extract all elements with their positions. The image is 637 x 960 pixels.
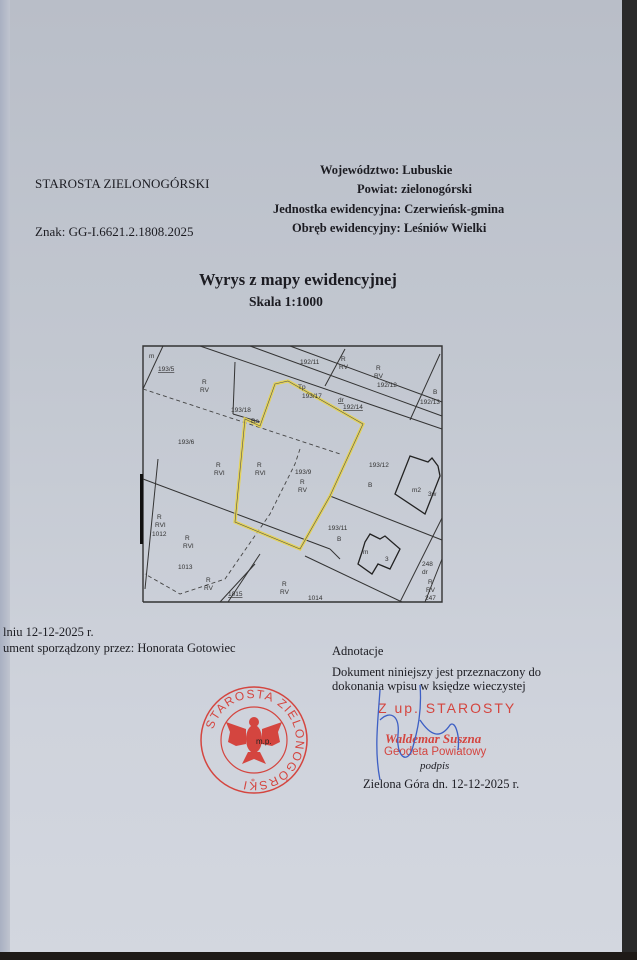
svg-text:R: R bbox=[185, 535, 190, 542]
admin-county: Powiat: zielonogórski bbox=[357, 182, 472, 197]
svg-text:RV: RV bbox=[280, 589, 290, 596]
official-stamp: STAROSTA ZIELONOGÓRSKI m.p. * bbox=[198, 684, 310, 796]
svg-text:1015: 1015 bbox=[228, 591, 243, 598]
annotation-text-line-1: Dokument niniejszy jest przeznaczony do bbox=[332, 665, 541, 680]
background-edge bbox=[622, 0, 637, 960]
svg-text:RV: RV bbox=[200, 387, 210, 394]
svg-text:R: R bbox=[216, 462, 221, 469]
svg-text:R: R bbox=[206, 577, 211, 584]
svg-text:m2: m2 bbox=[412, 487, 421, 494]
reference-number: Znak: GG-I.6621.2.1808.2025 bbox=[35, 224, 194, 240]
issuing-office: STAROSTA ZIELONOGÓRSKI bbox=[35, 176, 210, 192]
prepared-by: ument sporządzony przez: Honorata Gotowi… bbox=[3, 641, 236, 656]
admin-unit: Jednostka ewidencyjna: Czerwieńsk-gmina bbox=[273, 202, 504, 217]
page-edge bbox=[0, 0, 10, 958]
svg-text:192/11: 192/11 bbox=[300, 359, 320, 366]
svg-text:193/11: 193/11 bbox=[328, 525, 348, 532]
document-title: Wyrys z mapy ewidencyjnej bbox=[199, 270, 397, 290]
svg-text:247: 247 bbox=[425, 595, 436, 602]
svg-text:1014: 1014 bbox=[308, 595, 323, 602]
svg-text:192/12: 192/12 bbox=[377, 382, 397, 389]
svg-text:3w: 3w bbox=[428, 491, 437, 498]
svg-text:*: * bbox=[251, 777, 255, 786]
annotations-label: Adnotacje bbox=[332, 644, 383, 659]
svg-text:R: R bbox=[376, 365, 381, 372]
prepared-date: lniu 12-12-2025 r. bbox=[3, 625, 94, 640]
svg-text:1012: 1012 bbox=[152, 531, 167, 538]
svg-text:RV: RV bbox=[298, 487, 308, 494]
svg-text:R: R bbox=[282, 581, 287, 588]
svg-text:193/9: 193/9 bbox=[295, 469, 312, 476]
svg-text:R: R bbox=[428, 579, 433, 586]
svg-text:3: 3 bbox=[385, 556, 389, 563]
svg-text:193/17: 193/17 bbox=[302, 393, 322, 400]
svg-text:B: B bbox=[337, 536, 341, 543]
svg-text:RVI: RVI bbox=[255, 470, 266, 477]
svg-text:RV: RV bbox=[204, 585, 214, 592]
svg-text:193/6: 193/6 bbox=[178, 439, 195, 446]
svg-text:RV: RV bbox=[426, 587, 436, 594]
cadastral-map: 193/5 RRV 193/6 193/18 Ba RRVI RRVI 192/… bbox=[140, 344, 445, 606]
svg-text:m.p.: m.p. bbox=[256, 737, 272, 746]
handwritten-signature bbox=[360, 680, 490, 790]
svg-text:RVI: RVI bbox=[214, 470, 225, 477]
svg-text:m: m bbox=[149, 353, 154, 360]
svg-text:B: B bbox=[368, 482, 372, 489]
map-scale: Skala 1:1000 bbox=[249, 294, 323, 310]
svg-text:1013: 1013 bbox=[178, 564, 193, 571]
svg-text:192/13: 192/13 bbox=[420, 399, 440, 406]
svg-text:R: R bbox=[300, 479, 305, 486]
svg-text:dr: dr bbox=[338, 397, 345, 404]
svg-text:Ba: Ba bbox=[251, 418, 259, 425]
svg-text:dr: dr bbox=[422, 569, 429, 576]
svg-text:193/5: 193/5 bbox=[158, 366, 175, 373]
admin-voivodeship: Województwo: Lubuskie bbox=[320, 163, 452, 178]
svg-text:193/18: 193/18 bbox=[231, 407, 251, 414]
svg-text:RV: RV bbox=[339, 364, 349, 371]
svg-text:Tp: Tp bbox=[298, 384, 306, 391]
svg-text:RVI: RVI bbox=[155, 522, 166, 529]
svg-text:RVI: RVI bbox=[183, 543, 194, 550]
admin-precinct: Obręb ewidencyjny: Leśniów Wielki bbox=[292, 221, 486, 236]
svg-text:248: 248 bbox=[422, 561, 433, 568]
background-bottom bbox=[0, 952, 637, 960]
svg-text:193/12: 193/12 bbox=[369, 462, 389, 469]
svg-text:RV: RV bbox=[374, 373, 384, 380]
eagle-emblem-icon bbox=[226, 717, 282, 764]
svg-text:R: R bbox=[257, 462, 262, 469]
svg-text:R: R bbox=[202, 379, 207, 386]
svg-text:B: B bbox=[433, 389, 437, 396]
svg-text:R: R bbox=[341, 356, 346, 363]
svg-text:192/14: 192/14 bbox=[343, 404, 363, 411]
svg-text:R: R bbox=[157, 514, 162, 521]
svg-text:m: m bbox=[363, 549, 368, 556]
